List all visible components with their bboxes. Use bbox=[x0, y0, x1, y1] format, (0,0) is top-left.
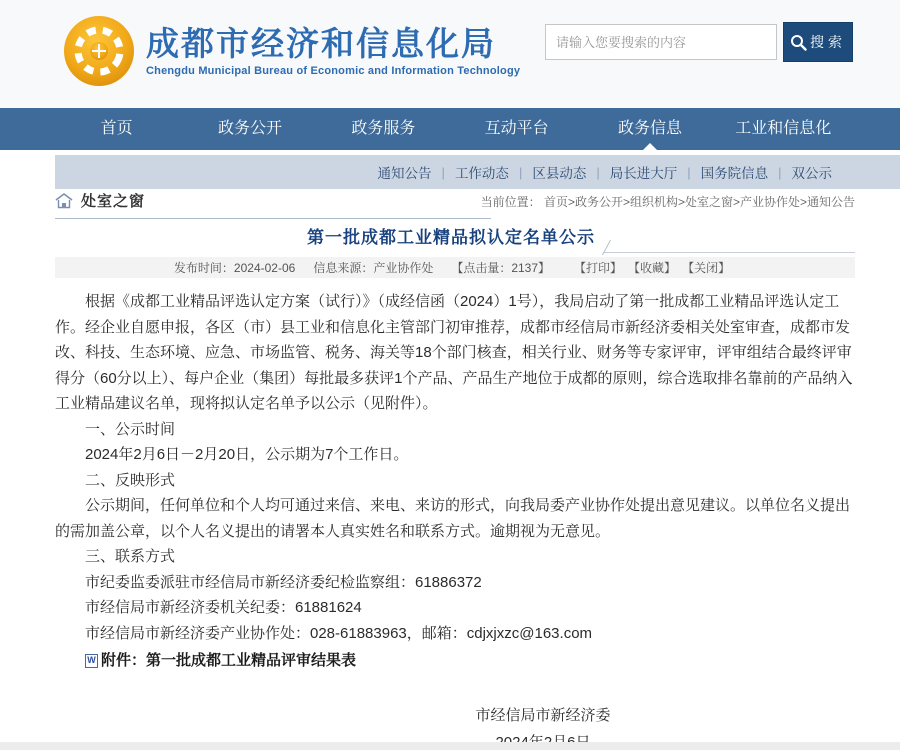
nav-item-industry-it[interactable]: 工业和信息化 bbox=[717, 108, 850, 150]
paragraph-publicity-time: 2024年2月6日－2月20日，公示期为7个工作日。 bbox=[55, 442, 855, 468]
article-title-row: 第一批成都工业精品拟认定名单公示 bbox=[55, 221, 855, 253]
site-header: 成都市经济和信息化局 Chengdu Municipal Bureau of E… bbox=[0, 0, 900, 108]
search-button-label: 搜索 bbox=[810, 32, 846, 52]
favorite-button[interactable]: 【收藏】 bbox=[628, 259, 676, 276]
nav-item-gov-disclosure[interactable]: 政务公开 bbox=[183, 108, 316, 150]
hit-count: 【点击量：2137】 bbox=[451, 259, 550, 276]
publish-date: 发布时间：2024-02-06 bbox=[174, 259, 295, 276]
title-underline bbox=[603, 233, 855, 253]
print-button[interactable]: 【打印】 bbox=[574, 259, 622, 276]
paragraph-contact-industry-office: 市经信局市新经济委产业协作处：028-61883963，邮箱：cdjxjxzc@… bbox=[55, 621, 855, 647]
article-body: 根据《成都工业精品评选认定方案（试行）》（成经信函（2024）1号），我局启动了… bbox=[55, 289, 855, 674]
search-button[interactable]: 搜索 bbox=[783, 22, 853, 62]
house-icon bbox=[55, 193, 73, 209]
attachment-link[interactable]: W 附件：第一批成都工业精品评审结果表 bbox=[55, 648, 855, 674]
heading-feedback-form: 二、反映形式 bbox=[55, 468, 855, 494]
search-input[interactable] bbox=[545, 24, 777, 60]
site-title: 成都市经济和信息化局 bbox=[146, 25, 520, 63]
subnav-separator: | bbox=[519, 165, 522, 180]
heading-publicity-time: 一、公示时间 bbox=[55, 417, 855, 443]
nav-item-interaction-platform[interactable]: 互动平台 bbox=[450, 108, 583, 150]
signature-org: 市经信局市新经济委 bbox=[231, 702, 855, 729]
subnav-item-district-news[interactable]: 区县动态 bbox=[532, 162, 586, 182]
paragraph-intro: 根据《成都工业精品评选认定方案（试行）》（成经信函（2024）1号），我局启动了… bbox=[55, 289, 855, 417]
article: 第一批成都工业精品拟认定名单公示 发布时间：2024-02-06 信息来源：产业… bbox=[55, 221, 855, 750]
main-nav: 首页 政务公开 政务服务 互动平台 政务信息 工业和信息化 bbox=[0, 108, 900, 150]
breadcrumb-path[interactable]: 首页>政务公开>组织机构>处室之窗>产业协作处>通知公告 bbox=[544, 195, 855, 209]
subnav-item-dual-disclosure[interactable]: 双公示 bbox=[792, 162, 833, 182]
attachment-label: 附件：第一批成都工业精品评审结果表 bbox=[101, 648, 356, 674]
site-subtitle-en: Chengdu Municipal Bureau of Economic and… bbox=[146, 65, 520, 77]
subnav-bar: 通知公告 | 工作动态 | 区县动态 | 局长进大厅 | 国务院信息 | 双公示 bbox=[55, 155, 900, 189]
crumb-row: 处室之窗 当前位置： 首页>政务公开>组织机构>处室之窗>产业协作处>通知公告 bbox=[0, 189, 900, 219]
section-head: 处室之窗 bbox=[55, 190, 491, 219]
subnav-separator: | bbox=[442, 165, 445, 180]
nav-item-gov-information-label: 政务信息 bbox=[618, 120, 682, 137]
breadcrumb-prefix: 当前位置： bbox=[481, 195, 541, 209]
article-meta-bar: 发布时间：2024-02-06 信息来源：产业协作处 【点击量：2137】 【打… bbox=[55, 257, 855, 278]
breadcrumb: 当前位置： 首页>政务公开>组织机构>处室之窗>产业协作处>通知公告 bbox=[481, 193, 855, 210]
sunbird-logo-icon bbox=[62, 14, 136, 88]
paragraph-feedback-form: 公示期间，任何单位和个人均可通过来信、来电、来访的形式，向我局委产业协作处提出意… bbox=[55, 493, 855, 544]
bottom-strip bbox=[0, 742, 900, 750]
subnav-item-state-council-info[interactable]: 国务院信息 bbox=[701, 162, 769, 182]
subnav-separator: | bbox=[596, 165, 599, 180]
subnav-item-work-news[interactable]: 工作动态 bbox=[455, 162, 509, 182]
title-slash-decor bbox=[602, 240, 611, 255]
section-label: 处室之窗 bbox=[81, 190, 145, 211]
nav-item-home[interactable]: 首页 bbox=[50, 108, 183, 150]
search-bar: 搜索 bbox=[545, 22, 853, 62]
site-logo-brand[interactable]: 成都市经济和信息化局 Chengdu Municipal Bureau of E… bbox=[62, 14, 520, 88]
subnav-item-director-hall[interactable]: 局长进大厅 bbox=[610, 162, 678, 182]
article-title: 第一批成都工业精品拟认定名单公示 bbox=[307, 226, 603, 253]
brand-text: 成都市经济和信息化局 Chengdu Municipal Bureau of E… bbox=[146, 25, 520, 77]
active-nav-arrow-icon bbox=[643, 143, 657, 150]
page: 成都市经济和信息化局 Chengdu Municipal Bureau of E… bbox=[0, 0, 900, 750]
info-source: 信息来源：产业协作处 bbox=[313, 259, 433, 276]
paragraph-contact-discipline-group: 市纪委监委派驻市经信局市新经济委纪检监察组：61886372 bbox=[55, 570, 855, 596]
word-doc-icon: W bbox=[85, 654, 98, 668]
heading-contact: 三、联系方式 bbox=[55, 544, 855, 570]
subnav-item-notices[interactable]: 通知公告 bbox=[378, 162, 432, 182]
nav-item-gov-services[interactable]: 政务服务 bbox=[317, 108, 450, 150]
search-icon bbox=[790, 34, 807, 51]
nav-item-gov-information[interactable]: 政务信息 bbox=[583, 108, 716, 150]
close-button[interactable]: 【关闭】 bbox=[682, 259, 730, 276]
subnav-separator: | bbox=[687, 165, 690, 180]
paragraph-contact-agency-committee: 市经信局市新经济委机关纪委：61881624 bbox=[55, 595, 855, 621]
subnav-separator: | bbox=[778, 165, 781, 180]
